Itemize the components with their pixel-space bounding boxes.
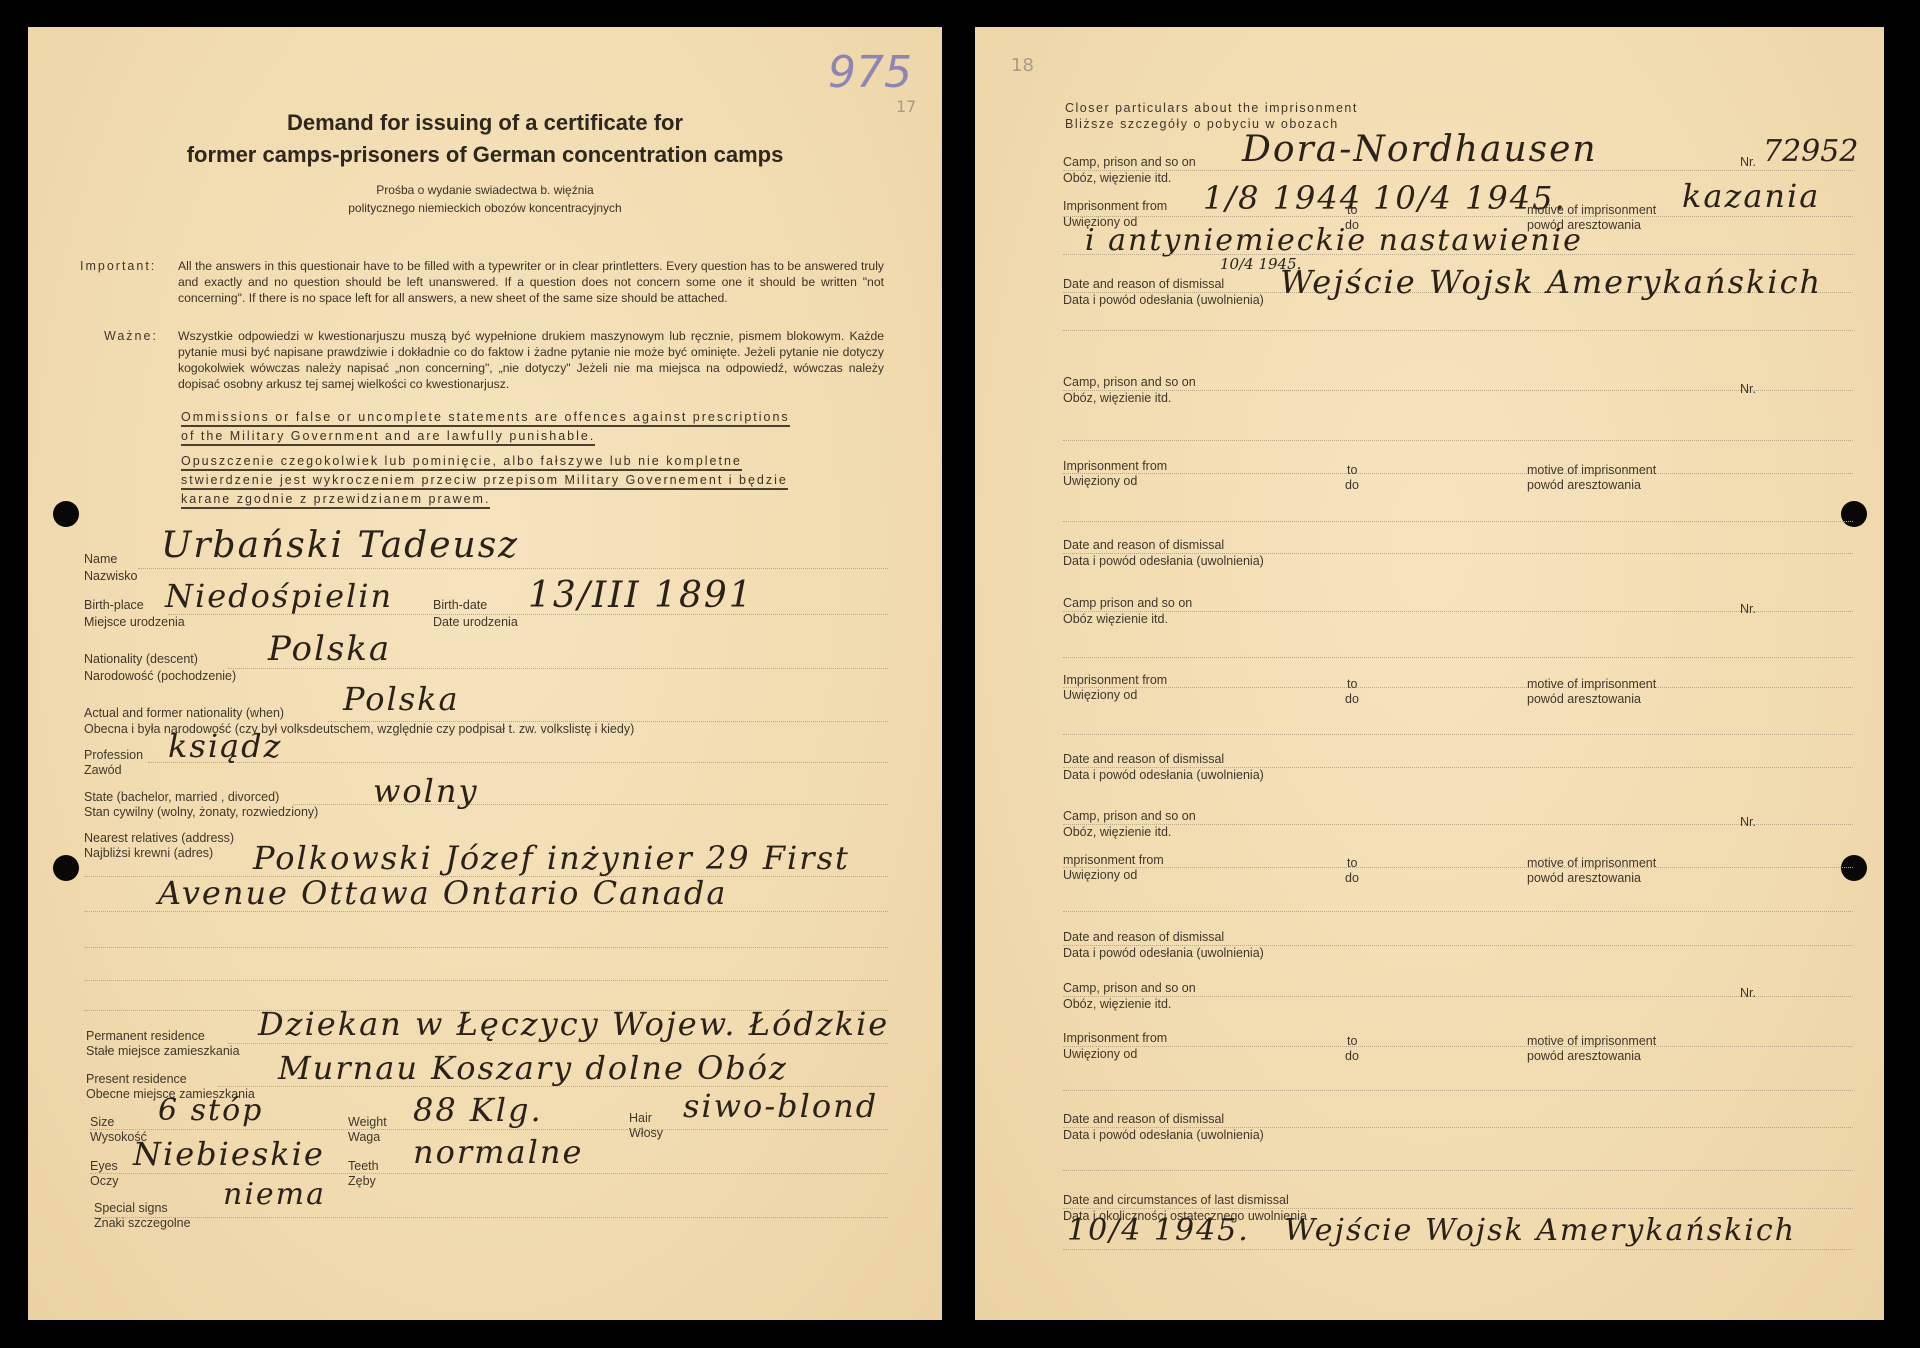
to-2-label-pl: do <box>1345 478 1359 493</box>
name-label-en: Name <box>84 552 117 567</box>
dismissal-1-label-pl: Data i powód odesłania (uwolnienia) <box>1063 293 1264 308</box>
motive-1-value-line1: kazania <box>1682 177 1820 215</box>
last-dismissal-value: 10/4 1945. Wejście Wojsk Amerykańskich <box>1067 1213 1796 1248</box>
motive-4-continuation-line <box>1063 911 1853 912</box>
teeth-label-pl: Zęby <box>348 1174 376 1189</box>
camp-3-line <box>1063 611 1853 612</box>
motive-1-continuation-line <box>1063 254 1853 255</box>
warning-english: Ommissions or false or uncomplete statem… <box>181 408 886 446</box>
motive-4-label-pl: powód aresztowania <box>1527 871 1641 886</box>
dismissal-5-label-en: Date and reason of dismissal <box>1063 1112 1224 1127</box>
punch-hole-bottom <box>1841 855 1867 881</box>
weight-value: 88 Klg. <box>413 1091 543 1129</box>
last-dismissal-label-en: Date and circumstances of last dismissal <box>1063 1193 1289 1208</box>
camp-5-label-en: Camp, prison and so on <box>1063 981 1196 996</box>
camp-1-value: Dora-Nordhausen <box>1242 129 1598 170</box>
present-residence-label-en: Present residence <box>86 1072 187 1087</box>
motive-5-label-en: motive of imprisonment <box>1527 1034 1656 1049</box>
dismissal-1-label-en: Date and reason of dismissal <box>1063 277 1224 292</box>
special-signs-line <box>94 1217 888 1218</box>
motive-3-continuation-line <box>1063 734 1853 735</box>
camp-2-label-pl: Obóz, więzienie itd. <box>1063 391 1171 406</box>
motive-5-label-pl: powód aresztowania <box>1527 1049 1641 1064</box>
to-4-label-pl: do <box>1345 871 1359 886</box>
name-line <box>138 568 888 569</box>
birth-place-label-en: Birth-place <box>84 598 144 613</box>
wazne-label: Ważne: <box>104 329 158 344</box>
camp-3-label-en: Camp prison and so on <box>1063 596 1192 611</box>
form-title-line2: former camps-prisoners of German concent… <box>28 142 942 168</box>
to-5-label-en: to <box>1347 1034 1357 1049</box>
permanent-residence-label-pl: Stałe miejsce zamieszkania <box>86 1044 240 1059</box>
special-signs-value: niema <box>223 1177 326 1212</box>
form-title-line1: Demand for issuing of a certificate for <box>28 110 942 136</box>
warning-en-line2: of the Military Government and are lawfu… <box>181 429 595 446</box>
motive-3-label-en: motive of imprisonment <box>1527 677 1656 692</box>
dismissal-4-label-pl: Data i powód odesłania (uwolnienia) <box>1063 946 1264 961</box>
important-instructions: All the answers in this questionair have… <box>178 258 884 306</box>
nationality-value: Polska <box>268 629 391 669</box>
from-5-line <box>1063 1046 1853 1047</box>
from-2-line <box>1063 473 1853 474</box>
birth-date-value: 13/III 1891 <box>528 575 754 616</box>
camp-2-line <box>1063 390 1853 391</box>
camp-2-nr-label: Nr. <box>1740 382 1756 397</box>
punch-hole-top <box>1841 501 1867 527</box>
eyes-value: Niebieskie <box>133 1135 325 1173</box>
relatives-value-line1: Polkowski Józef inżynier 29 First <box>253 839 850 877</box>
dismissal-3-label-en: Date and reason of dismissal <box>1063 752 1224 767</box>
motive-2-label-en: motive of imprisonment <box>1527 463 1656 478</box>
eyes-line <box>90 1173 888 1174</box>
camp-4-line <box>1063 824 1853 825</box>
warning-en-line1: Ommissions or false or uncomplete statem… <box>181 410 790 427</box>
camp-3-label-pl: Obóz więzienie itd. <box>1063 612 1168 627</box>
motive-3-label-pl: powód aresztowania <box>1527 692 1641 707</box>
relatives-value-line2: Avenue Ottawa Ontario Canada <box>158 874 727 912</box>
camp-1-nr-value: 72952 <box>1763 134 1858 169</box>
weight-label-en: Weight <box>348 1115 387 1130</box>
state-label-pl: Stan cywilny (wolny, żonaty, rozwiedzion… <box>84 805 318 820</box>
birth-place-label-pl: Miejsce urodzenia <box>84 615 185 630</box>
warning-pl-line3: karane zgodnie z przewidzianem prawem. <box>181 492 490 509</box>
dismissal-2-label-en: Date and reason of dismissal <box>1063 538 1224 553</box>
eyes-label-en: Eyes <box>90 1159 118 1174</box>
teeth-value: normalne <box>413 1133 583 1171</box>
from-3-line <box>1063 687 1853 688</box>
punch-hole-top <box>53 501 79 527</box>
warning-pl-line1: Opuszczenie czegokolwiek lub pominięcie,… <box>181 454 742 471</box>
to-3-label-en: to <box>1347 677 1357 692</box>
camp-4-label-pl: Obóz, więzienie itd. <box>1063 825 1171 840</box>
name-value: Urbański Tadeusz <box>161 525 519 566</box>
camp-2-continuation-line <box>1063 440 1853 441</box>
blank-line-2 <box>84 980 888 981</box>
camp-1-label-pl: Obóz, więzienie itd. <box>1063 171 1171 186</box>
permanent-residence-label-en: Permanent residence <box>86 1029 205 1044</box>
wazne-instructions: Wszystkie odpowiedzi w kwestionarjuszu m… <box>178 328 884 392</box>
to-3-label-pl: do <box>1345 692 1359 707</box>
camp-5-label-pl: Obóz, więzienie itd. <box>1063 997 1171 1012</box>
dismissal-4-label-en: Date and reason of dismissal <box>1063 930 1224 945</box>
permanent-residence-line <box>228 1043 888 1044</box>
dismissal-3-label-pl: Data i powód odesłania (uwolnienia) <box>1063 768 1264 783</box>
motive-5-continuation-line <box>1063 1090 1853 1091</box>
from-5-label-pl: Uwięziony od <box>1063 1047 1137 1062</box>
pencil-page-number: 18 <box>1011 55 1034 76</box>
to-2-label-en: to <box>1347 463 1357 478</box>
from-1-label-en: Imprisonment from <box>1063 199 1167 214</box>
eyes-label-pl: Oczy <box>90 1174 118 1189</box>
permanent-residence-value: Dziekan w Łęczycy Wojew. Łódzkie <box>258 1005 889 1043</box>
from-4-line <box>1063 867 1853 868</box>
present-residence-value: Murnau Koszary dolne Obóz <box>278 1049 788 1087</box>
motive-2-continuation-line <box>1063 521 1853 522</box>
state-value: wolny <box>373 772 479 810</box>
relatives-label-pl: Najbliżsi krewni (adres) <box>84 846 213 861</box>
warning-polish: Opuszczenie czegokolwiek lub pominięcie,… <box>181 452 886 509</box>
special-signs-label-pl: Znaki szczegolne <box>94 1216 191 1231</box>
camp-1-label-en: Camp, prison and so on <box>1063 155 1196 170</box>
from-5-label-en: Imprisonment from <box>1063 1031 1167 1046</box>
actual-nationality-label-pl: Obecna i była narodowość (czy był volksd… <box>84 722 634 737</box>
punch-hole-bottom <box>53 855 79 881</box>
nationality-label-pl: Narodowość (pochodzenie) <box>84 669 236 684</box>
to-5-label-pl: do <box>1345 1049 1359 1064</box>
teeth-label-en: Teeth <box>348 1159 379 1174</box>
actual-nationality-value: Polska <box>343 680 460 718</box>
special-signs-label-en: Special signs <box>94 1201 168 1216</box>
from-2-label-pl: Uwięziony od <box>1063 474 1137 489</box>
blank-line-1 <box>84 947 888 948</box>
profession-value: ksiądz <box>168 727 282 765</box>
camp-3-continuation-line <box>1063 657 1853 658</box>
camp-3-nr-label: Nr. <box>1740 602 1756 617</box>
left-page-form: 975 17 Demand for issuing of a certifica… <box>28 27 942 1320</box>
from-2-label-en: Imprisonment from <box>1063 459 1167 474</box>
state-label-en: State (bachelor, married , divorced) <box>84 790 279 805</box>
motive-2-label-pl: powód aresztowania <box>1527 478 1641 493</box>
camp-4-nr-label: Nr. <box>1740 815 1756 830</box>
right-page-form: 18 Closer particulars about the imprison… <box>975 27 1884 1320</box>
dismissal-1-reason: Wejście Wojsk Amerykańskich <box>1280 263 1822 301</box>
camp-4-label-en: Camp, prison and so on <box>1063 809 1196 824</box>
birth-date-label-en: Birth-date <box>433 598 487 613</box>
form-subtitle-line1: Prośba o wydanie swiadectwa b. więźnia <box>28 183 942 197</box>
from-3-label-pl: Uwięziony od <box>1063 688 1137 703</box>
camp-1-line <box>1063 170 1853 171</box>
from-4-label-pl: Uwięziony od <box>1063 868 1137 883</box>
size-line <box>90 1129 888 1130</box>
motive-1-value-line2: i antyniemieckie nastawienie <box>1085 223 1583 258</box>
form-subtitle-line2: politycznego niemieckich obozów koncentr… <box>28 201 942 215</box>
important-label: Important: <box>80 259 156 274</box>
dismissal-5-label-pl: Data i powód odesłania (uwolnienia) <box>1063 1128 1264 1143</box>
profession-label-en: Profession <box>84 748 143 763</box>
last-dismissal-continuation-line <box>1063 1249 1853 1250</box>
pencil-archive-number: 975 <box>828 47 912 98</box>
hair-label-en: Hair <box>629 1111 652 1126</box>
from-1-line <box>1063 216 1853 217</box>
size-label-en: Size <box>90 1115 114 1130</box>
size-value: 6 stóp <box>158 1093 263 1128</box>
actual-nationality-label-en: Actual and former nationality (when) <box>84 706 284 721</box>
camp-5-line <box>1063 996 1853 997</box>
closer-particulars-header-en: Closer particulars about the imprisonmen… <box>1065 101 1358 116</box>
camp-1-nr-label: Nr. <box>1740 155 1756 170</box>
relatives-label-en: Nearest relatives (address) <box>84 831 234 846</box>
weight-label-pl: Waga <box>348 1130 380 1145</box>
nationality-label-en: Nationality (descent) <box>84 652 198 667</box>
dismissal-5-continuation-line <box>1063 1170 1853 1171</box>
warning-pl-line2: stwierdzenie jest wykroczeniem przeciw p… <box>181 473 788 490</box>
from-3-label-en: Imprisonment from <box>1063 673 1167 688</box>
to-4-label-en: to <box>1347 856 1357 871</box>
birth-date-label-pl: Date urodzenia <box>433 615 518 630</box>
birth-place-value: Niedośpielin <box>165 577 393 615</box>
from-1-value: 1/8 1944 <box>1203 179 1362 217</box>
motive-4-label-en: motive of imprisonment <box>1527 856 1656 871</box>
from-4-label-en: mprisonment from <box>1063 853 1164 868</box>
camp-5-nr-label: Nr. <box>1740 986 1756 1001</box>
camp-2-label-en: Camp, prison and so on <box>1063 375 1196 390</box>
hair-value: siwo-blond <box>683 1087 878 1125</box>
name-label-pl: Nazwisko <box>84 569 138 584</box>
dismissal-2-label-pl: Data i powód odesłania (uwolnienia) <box>1063 554 1264 569</box>
profession-label-pl: Zawód <box>84 763 122 778</box>
dismissal-1-continuation-line <box>1063 330 1853 331</box>
